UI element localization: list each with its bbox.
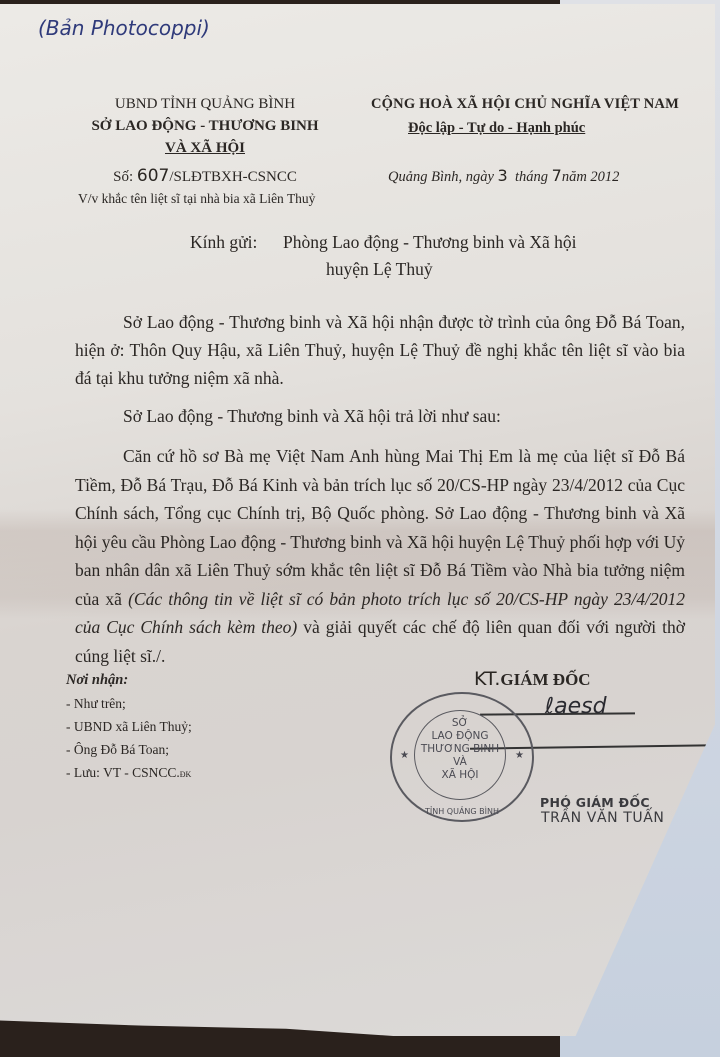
paragraph-3-main: Căn cứ hồ sơ Bà mẹ Việt Nam Anh hùng Mai… <box>75 446 685 609</box>
seal-text: VÀ <box>415 756 505 769</box>
seal-text: XÃ HỘI <box>415 769 505 782</box>
seal-star-icon: ★ <box>515 750 524 761</box>
seal-star-icon: ★ <box>400 750 409 761</box>
recipients-title: Nơi nhận: <box>66 672 128 689</box>
signature-title: KT.GIÁM ĐỐC <box>474 668 591 690</box>
recipient-item: - UBND xã Liên Thuỷ; <box>66 717 192 737</box>
addressee-line2: huyện Lệ Thuỷ <box>326 259 433 280</box>
paragraph-2: Sở Lao động - Thương binh và Xã hội trả … <box>75 402 685 430</box>
document-page: (Bản Photocoppi) UBND TỈNH QUẢNG BÌNH SỞ… <box>0 4 715 1036</box>
signer-name: TRẦN VĂN TUẤN <box>541 810 665 826</box>
date-place: Quảng Bình, ngày <box>388 169 494 185</box>
signature-title-main: GIÁM ĐỐC <box>500 670 590 689</box>
document-number-suffix: /SLĐTBXH-CSNCC <box>169 169 297 185</box>
date-month: 7 <box>552 166 562 185</box>
national-title: CỘNG HOÀ XÃ HỘI CHỦ NGHĨA VIỆT NAM <box>330 96 720 113</box>
signer-role: PHÓ GIÁM ĐỐC <box>540 795 650 810</box>
handwritten-signature: ℓaesd <box>545 694 607 719</box>
seal-ring-text: TỈNH QUẢNG BÌNH <box>392 807 532 816</box>
national-motto: Độc lập - Tự do - Hạnh phúc <box>408 120 585 137</box>
agency-name-line2: VÀ XÃ HỘI <box>60 140 350 157</box>
seal-text: SỞ <box>415 717 505 730</box>
agency-parent: UBND TỈNH QUẢNG BÌNH <box>60 96 350 113</box>
date-year: năm 2012 <box>562 169 620 185</box>
seal-text: LAO ĐỘNG <box>415 730 505 743</box>
date-day: 3 <box>498 166 508 185</box>
agency-name: SỞ LAO ĐỘNG - THƯƠNG BINH <box>60 118 350 135</box>
handwritten-note: (Bản Photocoppi) <box>38 16 210 40</box>
recipient-item: - Như trên; <box>66 694 126 714</box>
document-number: Số: 607/SLĐTBXH-CSNCC <box>60 166 350 186</box>
recipient-item: - Lưu: VT - CSNCC.ĐK <box>66 763 191 785</box>
document-subject: V/v khắc tên liệt sĩ tại nhà bia xã Liên… <box>78 191 315 207</box>
signature-title-kt: KT. <box>474 668 500 690</box>
recipient-item: - Ông Đỗ Bá Toan; <box>66 740 169 760</box>
paragraph-3: Căn cứ hồ sơ Bà mẹ Việt Nam Anh hùng Mai… <box>75 442 685 670</box>
paragraph-1: Sở Lao động - Thương binh và Xã hội nhận… <box>75 308 685 392</box>
recipient-archive: - Lưu: VT - CSNCC. <box>66 765 180 780</box>
addressee-line1: Phòng Lao động - Thương binh và Xã hội <box>283 232 577 253</box>
document-number-handwritten: 607 <box>137 166 169 186</box>
date-month-label: tháng <box>515 169 548 185</box>
official-seal: ★ ★ SỞ LAO ĐỘNG THƯƠNG BINH VÀ XÃ HỘI TỈ… <box>390 692 534 822</box>
document-date: Quảng Bình, ngày 3 tháng 7năm 2012 <box>388 166 619 186</box>
drafter-initials: ĐK <box>180 770 192 779</box>
seal-center: SỞ LAO ĐỘNG THƯƠNG BINH VÀ XÃ HỘI <box>414 710 506 800</box>
addressee-label: Kính gửi: <box>190 232 257 253</box>
seal-text: THƯƠNG BINH <box>415 743 505 756</box>
document-number-prefix: Số: <box>113 169 133 185</box>
